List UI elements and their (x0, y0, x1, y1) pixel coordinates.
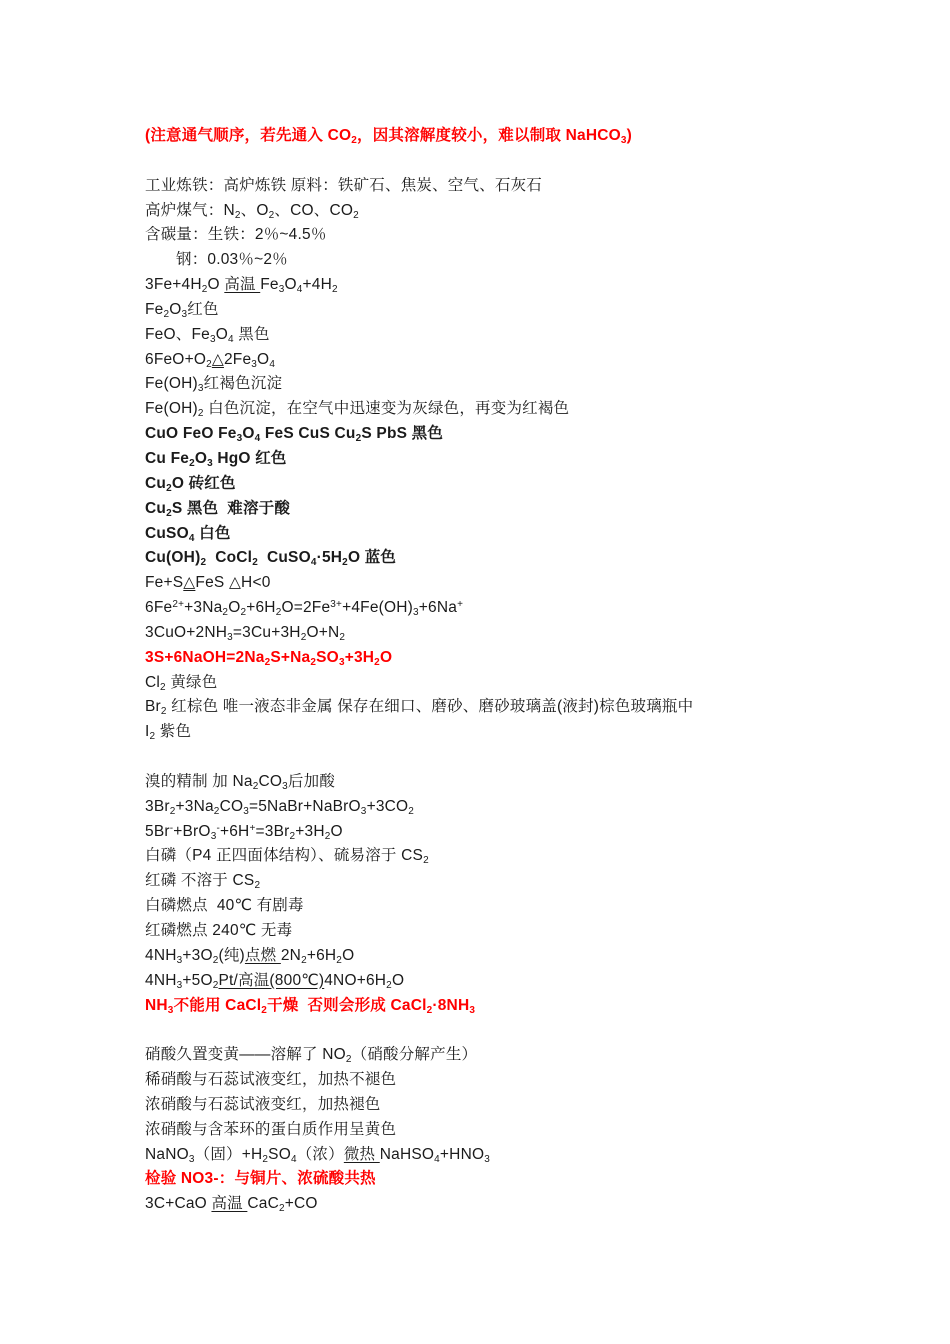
text-run: NaHSO (380, 1146, 434, 1163)
text-run: Fe(OH) (145, 375, 198, 392)
text-line: 3CuO+2NH3=3Cu+3H2O+N2 (145, 621, 890, 646)
text-run: =3Cu+3H (233, 624, 301, 641)
text-run: 5Br (145, 823, 170, 840)
text-line: Cu2S 黑色 难溶于酸 (145, 497, 890, 522)
text-run: 稀硝酸与石蕊试液变红，加热不褪色 (145, 1071, 396, 1088)
text-run: O (257, 351, 269, 368)
reaction-condition: Pt/高温(800℃) (218, 972, 324, 989)
text-run: 2 (353, 210, 359, 221)
text-run: 钢：0.03％~2％ (176, 251, 288, 268)
text-run: 黑色 (234, 326, 270, 343)
text-run: 白色沉淀，在空气中迅速变为灰绿色，再变为红褐色 (204, 400, 570, 417)
text-run: +3H (295, 823, 324, 840)
text-run: 2 (408, 806, 414, 817)
text-run: O (380, 649, 392, 666)
text-line: 工业炼铁：高炉炼铁 原料：铁矿石、焦炭、空气、石灰石 (145, 174, 890, 199)
text-run: 浓硝酸与含苯环的蛋白质作用呈黄色 (145, 1121, 396, 1138)
text-run: (注意通气顺序，若先通入 CO (145, 127, 351, 144)
text-run: ) (627, 127, 632, 144)
text-run: 3Br (145, 798, 170, 815)
text-run: O (242, 425, 254, 442)
text-run: O 蓝色 (348, 549, 396, 566)
text-run: 2+ (172, 599, 184, 610)
text-run: Fe+S (145, 574, 183, 591)
reaction-condition: 高温 (224, 276, 260, 293)
text-run: +HNO (440, 1146, 484, 1163)
text-run: Cu (145, 475, 166, 492)
text-line: 6FeO+O2△2Fe3O4 (145, 348, 890, 373)
text-run: O 砖红色 (172, 475, 236, 492)
text-line: 4NH3+3O2(纯)点燃 2N2+6H2O (145, 944, 890, 969)
text-run: +3CO (367, 798, 409, 815)
text-run: + (457, 599, 463, 610)
text-run: O (392, 972, 404, 989)
text-run: 红棕色 唯一液态非金属 保存在细口、磨砂、磨砂玻璃盖(液封)棕色玻璃瓶中 (167, 698, 694, 715)
text-line: (注意通气顺序，若先通入 CO2，因其溶解度较小，难以制取 NaHCO3) (145, 124, 890, 149)
text-run: ，因其溶解度较小，难以制取 NaHCO (357, 127, 621, 144)
text-run: 浓硝酸与石蕊试液变红，加热褪色 (145, 1096, 381, 1113)
text-line: 白磷燃点 40℃ 有剧毒 (145, 894, 890, 919)
text-run: =3Br (256, 823, 290, 840)
text-run: +6H (220, 823, 249, 840)
text-run: ·8NH (432, 997, 469, 1014)
text-run: HgO 红色 (213, 450, 287, 467)
text-run: +4H (303, 276, 332, 293)
text-line: 硝酸久置变黄——溶解了 NO2（硝酸分解产生） (145, 1043, 890, 1068)
text-run: 2N (281, 947, 301, 964)
text-run: Cu (145, 500, 166, 517)
text-run: +BrO (173, 823, 210, 840)
reaction-condition: △ (212, 351, 224, 368)
text-run: =5NaBr+NaBrO (249, 798, 361, 815)
text-run: 、CO、CO (274, 202, 353, 219)
text-run: +CO (285, 1195, 318, 1212)
text-run: +6Na (419, 599, 457, 616)
text-run: Fe (260, 276, 279, 293)
text-run: 2Fe (224, 351, 251, 368)
text-line: 3Fe+4H2O 高温 Fe3O4+4H2 (145, 273, 890, 298)
text-run: O (195, 450, 207, 467)
text-line: Cu Fe2O3 HgO 红色 (145, 447, 890, 472)
text-line: CuO FeO Fe3O4 FeS CuS Cu2S PbS 黑色 (145, 422, 890, 447)
text-run: S 黑色 难溶于酸 (172, 500, 290, 517)
text-line: 检验 NO3-：与铜片、浓硫酸共热 (145, 1167, 890, 1192)
text-run: 白磷燃点 40℃ 有剧毒 (145, 897, 304, 914)
text-line: NH3不能用 CaCl2干燥 否则会形成 CaCl2·8NH3 (145, 994, 890, 1019)
text-run: (纯) (218, 947, 244, 964)
text-run: O (216, 326, 228, 343)
text-run: CaC (247, 1195, 279, 1212)
text-line: 红磷燃点 240℃ 无毒 (145, 919, 890, 944)
text-run: CuSO (145, 525, 189, 542)
text-run: 白磷（P4 正四面体结构）、硫易溶于 CS (145, 847, 423, 864)
text-line: 含碳量：生铁：2％~4.5％ (145, 223, 890, 248)
text-line: 5Br-+BrO3-+6H+=3Br2+3H2O (145, 820, 890, 845)
text-run: Cu(OH) (145, 549, 200, 566)
text-line: I2 紫色 (145, 720, 890, 745)
reaction-condition: 高温 (211, 1195, 247, 1212)
text-run: O=2Fe (281, 599, 330, 616)
text-run: 3+ (330, 599, 342, 610)
text-run: 、O (241, 202, 269, 219)
text-line: Fe+S△FeS △H<0 (145, 571, 890, 596)
text-run: O (169, 301, 181, 318)
text-run: 4NO+6H (324, 972, 386, 989)
text-run: SO (316, 649, 339, 666)
text-run: 工业炼铁：高炉炼铁 原料：铁矿石、焦炭、空气、石灰石 (145, 177, 542, 194)
text-run: 6Fe (145, 599, 172, 616)
text-run: Cl (145, 674, 160, 691)
text-run: 2 (339, 632, 345, 643)
text-run: FeS CuS Cu (260, 425, 355, 442)
text-run: 干燥 否则会形成 CaCl (267, 997, 427, 1014)
text-line: Fe(OH)2 白色沉淀，在空气中迅速变为灰绿色，再变为红褐色 (145, 397, 890, 422)
text-line (145, 1018, 890, 1043)
text-run: +4Fe(OH) (342, 599, 413, 616)
text-run: Fe(OH) (145, 400, 198, 417)
text-line: CuSO4 白色 (145, 522, 890, 547)
text-run: +5O (182, 972, 212, 989)
text-run: +3O (182, 947, 212, 964)
text-run: CuSO (258, 549, 311, 566)
text-run: 2 (423, 855, 429, 866)
text-run: O (330, 823, 342, 840)
text-run: CoCl (206, 549, 252, 566)
text-run: 4NH (145, 947, 177, 964)
text-run: S PbS 黑色 (361, 425, 443, 442)
text-run: +6H (307, 947, 336, 964)
text-line: 浓硝酸与含苯环的蛋白质作用呈黄色 (145, 1118, 890, 1143)
text-run: 溴的精制 加 Na (145, 773, 253, 790)
text-run: +3H (345, 649, 374, 666)
text-run: 白色 (195, 525, 231, 542)
text-run: 高炉煤气：N (145, 202, 235, 219)
text-line: 溴的精制 加 Na2CO3后加酸 (145, 770, 890, 795)
reaction-condition: △ (183, 574, 195, 591)
text-run: Br (145, 698, 161, 715)
text-run: 2 (332, 284, 338, 295)
text-run: 黄绿色 (166, 674, 218, 691)
text-run: NaNO (145, 1146, 189, 1163)
text-run: 后加酸 (288, 773, 335, 790)
text-line: 白磷（P4 正四面体结构）、硫易溶于 CS2 (145, 844, 890, 869)
text-line: Cu2O 砖红色 (145, 472, 890, 497)
text-run: （浓） (297, 1146, 344, 1163)
document-body: (注意通气顺序，若先通入 CO2，因其溶解度较小，难以制取 NaHCO3) 工业… (145, 124, 890, 1217)
reaction-condition: 微热 (344, 1146, 380, 1163)
text-run: 3 (469, 1005, 475, 1016)
text-run: CO (220, 798, 244, 815)
text-line: 稀硝酸与石蕊试液变红，加热不褪色 (145, 1068, 890, 1093)
text-line: Fe(OH)3红褐色沉淀 (145, 372, 890, 397)
text-run: 硝酸久置变黄——溶解了 NO (145, 1046, 346, 1063)
text-run: 检验 NO3-：与铜片、浓硫酸共热 (145, 1170, 376, 1187)
text-line: Fe2O3红色 (145, 298, 890, 323)
text-run: SO (268, 1146, 291, 1163)
text-run: 2 (254, 880, 260, 891)
text-line: Br2 红棕色 唯一液态非金属 保存在细口、磨砂、磨砂玻璃盖(液封)棕色玻璃瓶中 (145, 695, 890, 720)
text-line: NaNO3（固）+H2SO4（浓）微热 NaHSO4+HNO3 (145, 1143, 890, 1168)
text-line: Cl2 黄绿色 (145, 671, 890, 696)
text-run: （固）+H (195, 1146, 263, 1163)
text-line (145, 745, 890, 770)
text-run: Cu Fe (145, 450, 189, 467)
text-line: 高炉煤气：N2、O2、CO、CO2 (145, 199, 890, 224)
text-run: NH (145, 997, 168, 1014)
text-line: 6Fe2++3Na2O2+6H2O=2Fe3++4Fe(OH)3+6Na+ (145, 596, 890, 621)
text-run: 紫色 (155, 723, 191, 740)
text-run: FeO、Fe (145, 326, 210, 343)
text-run: 3C+CaO (145, 1195, 211, 1212)
text-run: S+Na (270, 649, 310, 666)
text-run: 含碳量：生铁：2％~4.5％ (145, 226, 327, 243)
text-line: Cu(OH)2 CoCl2 CuSO4·5H2O 蓝色 (145, 546, 890, 571)
text-run: （硝酸分解产生） (352, 1046, 478, 1063)
text-line: 3Br2+3Na2CO3=5NaBr+NaBrO3+3CO2 (145, 795, 890, 820)
text-run: 3CuO+2NH (145, 624, 227, 641)
text-run: 红色 (187, 301, 218, 318)
text-line: 浓硝酸与石蕊试液变红，加热褪色 (145, 1093, 890, 1118)
text-line: 红磷 不溶于 CS2 (145, 869, 890, 894)
text-line: 3S+6NaOH=2Na2S+Na2SO3+3H2O (145, 646, 890, 671)
text-run: 3Fe+4H (145, 276, 202, 293)
text-run: 红磷燃点 240℃ 无毒 (145, 922, 292, 939)
text-run: 6FeO+O (145, 351, 206, 368)
reaction-condition: 点燃 (245, 947, 281, 964)
text-run: +3Na (176, 798, 214, 815)
text-line (145, 149, 890, 174)
text-run: 红磷 不溶于 CS (145, 872, 254, 889)
text-run: FeS △H<0 (195, 574, 270, 591)
text-run: O (285, 276, 297, 293)
text-line: 4NH3+5O2Pt/高温(800℃)4NO+6H2O (145, 969, 890, 994)
document-page: (注意通气顺序，若先通入 CO2，因其溶解度较小，难以制取 NaHCO3) 工业… (0, 0, 950, 1217)
text-run: +6H (246, 599, 275, 616)
text-run: O (342, 947, 354, 964)
text-run: O (228, 599, 240, 616)
text-run: O+N (306, 624, 339, 641)
text-line: FeO、Fe3O4 黑色 (145, 323, 890, 348)
text-run: 红褐色沉淀 (204, 375, 283, 392)
text-run: CuO FeO Fe (145, 425, 237, 442)
text-run: 4 (269, 359, 275, 370)
text-run: 3S+6NaOH=2Na (145, 649, 265, 666)
text-run: 4NH (145, 972, 177, 989)
text-run: CO (259, 773, 283, 790)
text-line: 3C+CaO 高温 CaC2+CO (145, 1192, 890, 1217)
text-run: ·5H (317, 549, 343, 566)
text-run: 3 (484, 1154, 490, 1165)
text-line: 钢：0.03％~2％ (145, 248, 890, 273)
text-run: +3Na (184, 599, 222, 616)
text-run: O (208, 276, 225, 293)
text-run: Fe (145, 301, 164, 318)
text-run: 不能用 CaCl (174, 997, 262, 1014)
